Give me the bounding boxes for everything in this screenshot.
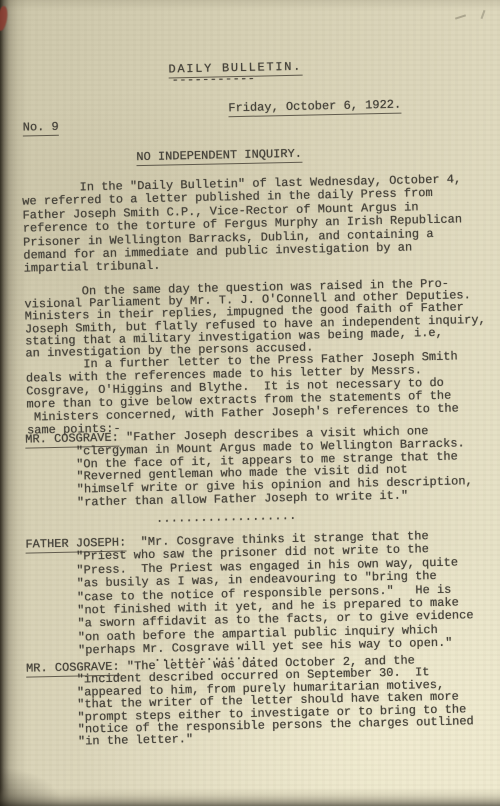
paragraph-1: In the "Daily Bulletin" of last Wednesda… bbox=[22, 173, 463, 276]
speaker-label: MR. COSGRAVE: bbox=[26, 661, 120, 678]
paragraph-2: On the same day the question was raised … bbox=[24, 277, 486, 360]
document-page: DAILY BULLETIN. ----------- Friday, Octo… bbox=[0, 0, 500, 806]
headline: NO INDEPENDENT INQUIRY. bbox=[136, 148, 302, 167]
date-line: Friday, October 6, 1922. bbox=[228, 99, 401, 118]
extract-father-joseph: FATHER JOSEPH: "Mr. Cosgrave thinks it s… bbox=[25, 529, 474, 659]
extract-cosgrave-1: MR. COSGRAVE: "Father Joseph describes a… bbox=[25, 424, 473, 510]
issue-number: No. 9 bbox=[23, 121, 59, 137]
dotted-separator-1: ................... bbox=[156, 510, 297, 526]
typed-content: DAILY BULLETIN. ----------- Friday, Octo… bbox=[0, 0, 500, 806]
masthead-underline: ----------- bbox=[172, 73, 256, 88]
speaker-label: FATHER JOSEPH: bbox=[25, 536, 126, 554]
extract-cosgrave-2: MR. COSGRAVE: "The letter was dated Octo… bbox=[26, 653, 474, 749]
speaker-label: MR. COSGRAVE: bbox=[25, 432, 119, 449]
